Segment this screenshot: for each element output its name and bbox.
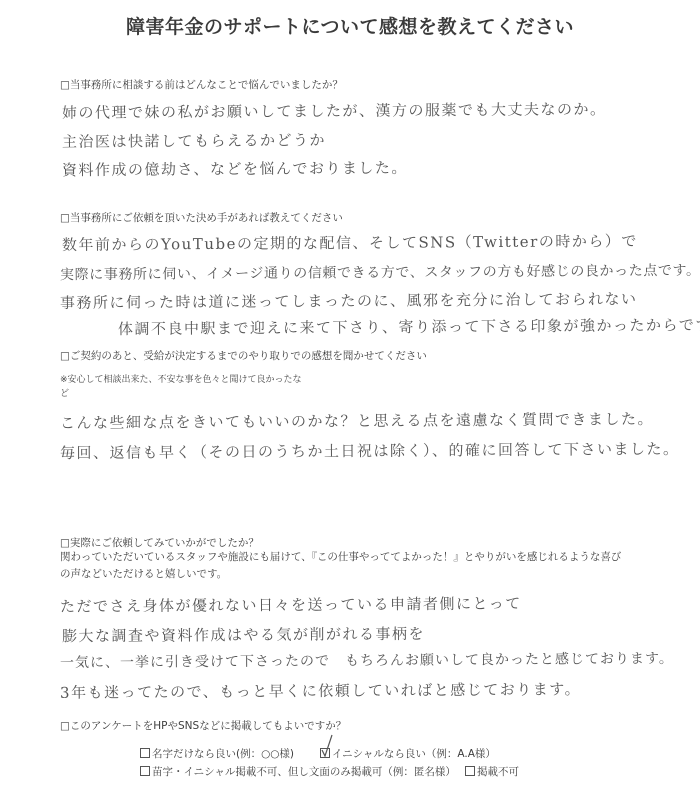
answer-4-line-4: 3年も迷ってたので、もっと早くに依頼していればと感じております。 [60, 678, 581, 703]
answer-1-line-2: 主治医は快諾してもらえるかどうか [62, 129, 326, 152]
checkbox-icon[interactable] [140, 766, 150, 776]
page-title: 障害年金のサポートについて感想を教えてください [0, 12, 700, 39]
note-3-line-2: ど [60, 387, 69, 401]
answer-1-line-3: 資料作成の億劫さ、などを悩んでおりました。 [62, 157, 408, 180]
question-5: □このアンケートをHPやSNSなどに掲載してもよいですか？ [60, 718, 346, 733]
question-3: □ご契約のあと、受給が決定するまでのやり取りでの感想を聞かせてください [60, 348, 427, 363]
answer-2-line-1: 数年前からのYouTubeの定期的な配信、そしてSNS（Twitterの時から）… [62, 230, 638, 255]
question-1: □当事務所に相談する前はどんなことで悩んでいましたか？ [60, 77, 343, 92]
answer-2-line-2: 実際に事務所に伺い、イメージ通りの信頼できる方で、スタッフの方も好感じの良かった… [60, 260, 700, 284]
note-3-line-1: ※安心して相談出来た、不安な事を色々と聞けて良かったな [60, 373, 302, 387]
answer-4-line-2: 膨大な調査や資料作成はやる気が削がれる事柄を [62, 623, 425, 647]
option-no-publish[interactable]: 掲載不可 [465, 764, 519, 779]
option-surname-only[interactable]: 名字だけなら良い(例：○○様) [140, 746, 294, 761]
description-line-1: 関わっていただいているスタッフや施設にも届けて、『この仕事やっててよかった！』と… [60, 549, 660, 566]
option-text-only[interactable]: 苗字・イニシャル掲載不可、但し文面のみ掲載可（例：匿名様） [140, 764, 456, 779]
option-initials-only[interactable]: イニシャルなら良い（例：A.A様） [320, 746, 496, 761]
question-2: □当事務所にご依頼を頂いた決め手があれば教えてください [60, 210, 343, 225]
answer-1-line-1: 姉の代理で妹の私がお願いしてましたが、漢方の服薬でも大丈夫なのか。 [62, 98, 607, 123]
answer-3-line-2: 毎回、返信も早く（その日のうちか土日祝は除く）、的確に回答して下さいました。 [60, 438, 680, 463]
option-label: 掲載不可 [477, 766, 519, 778]
answer-4-line-3: 一気に、一挙に引き受けて下さったので もちろんお願いして良かったと感じております… [60, 648, 674, 672]
answer-2-line-4: 体調不良中駅まで迎えに来て下さり、寄り添って下さる印象が強かったからです [118, 314, 700, 339]
answer-4-line-1: ただでさえ身体が優れない日々を送っている申請者側にとって [60, 592, 522, 616]
checkbox-icon[interactable] [140, 748, 150, 758]
checkbox-icon[interactable] [465, 766, 475, 776]
answer-2-line-3: 事務所に伺った時は道に迷ってしまったのに、風邪を充分に治しておられない [60, 288, 638, 313]
description-line-2: の声などいただけると嬉しいです。 [60, 566, 660, 583]
option-label: 苗字・イニシャル掲載不可、但し文面のみ掲載可（例：匿名様） [152, 766, 456, 778]
question-4: □実際にご依頼してみていかがでしたか？ [60, 535, 259, 550]
question-4-description: 関わっていただいているスタッフや施設にも届けて、『この仕事やっててよかった！』と… [60, 549, 660, 583]
answer-3-line-1: こんな些細な点をきいてもいいのかな？と思える点を遠慮なく質問できました。 [60, 408, 654, 433]
option-label: イニシャルなら良い（例：A.A様） [332, 748, 496, 760]
option-label: 名字だけなら良い(例：○○様) [152, 748, 294, 760]
checkbox-checked-icon[interactable] [320, 748, 330, 758]
checkmark-icon [320, 733, 334, 757]
